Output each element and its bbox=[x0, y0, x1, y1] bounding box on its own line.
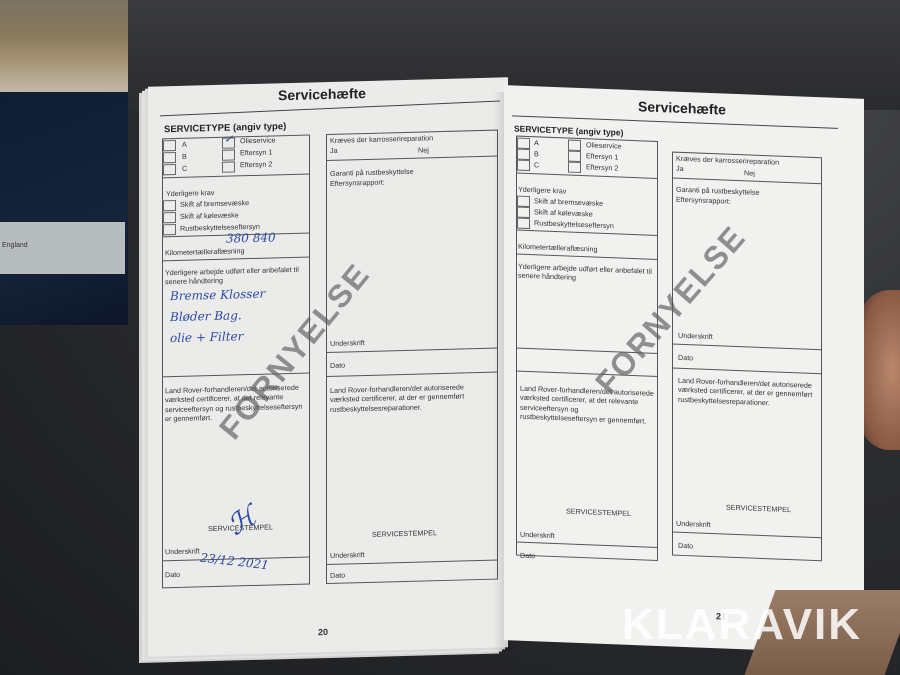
inspection-report-label: Eftersynsrapport: bbox=[330, 179, 385, 189]
checkbox-b[interactable] bbox=[163, 152, 176, 163]
page-title: Servicehæfte bbox=[638, 98, 726, 117]
signature-label: Underskrift bbox=[676, 520, 711, 530]
olieservice-label: Olieservice bbox=[240, 136, 276, 146]
service-type-c: C bbox=[534, 161, 539, 170]
page-20: Servicehæfte SERVICETYPE (angiv type) A … bbox=[148, 77, 508, 656]
checkbox-olieservice[interactable]: ✓ bbox=[222, 137, 235, 148]
extra-requirements-label: Yderligere krav bbox=[518, 186, 566, 196]
checkbox-rust-check[interactable] bbox=[517, 218, 530, 229]
eftersyn-2-label: Eftersyn 2 bbox=[240, 160, 272, 169]
odometer-value: 380 840 bbox=[226, 230, 276, 245]
checkbox-eftersyn-2[interactable] bbox=[222, 161, 235, 172]
service-booklet: Servicehæfte SERVICETYPE (angiv type) A … bbox=[128, 72, 878, 662]
body-repair-no: Nej bbox=[744, 169, 755, 178]
checkbox-eftersyn-1[interactable] bbox=[222, 149, 235, 160]
signature-label: Underskrift bbox=[520, 531, 555, 541]
checkbox-a[interactable] bbox=[517, 138, 530, 149]
service-form-right bbox=[672, 152, 822, 562]
eftersyn-2-label: Eftersyn 2 bbox=[586, 163, 618, 173]
signature-label: Underskrift bbox=[330, 339, 365, 349]
service-type-b: B bbox=[534, 150, 539, 159]
service-type-a: A bbox=[182, 141, 187, 150]
certification-text: Land Rover-forhandleren/det autoriserede… bbox=[520, 384, 654, 427]
checkbox-c[interactable] bbox=[517, 160, 530, 171]
handwritten-note-1: Bremse Klosser bbox=[170, 287, 265, 303]
checkbox-a[interactable] bbox=[163, 140, 176, 151]
checkbox-eftersyn-1[interactable] bbox=[568, 151, 581, 162]
checkbox-rust-check[interactable] bbox=[163, 224, 176, 235]
header-rule bbox=[160, 101, 500, 117]
checkbox-brake-fluid[interactable] bbox=[163, 200, 176, 211]
olieservice-label: Olieservice bbox=[586, 141, 622, 151]
date-label: Dato bbox=[678, 542, 693, 551]
cover-navy bbox=[0, 92, 128, 325]
service-form-right bbox=[326, 130, 498, 585]
handwritten-note-2: Bløder Bag. bbox=[170, 308, 242, 324]
rust-certification-text: Land Rover-forhandleren/det autoriserede… bbox=[678, 376, 818, 409]
date-label: Dato bbox=[330, 572, 345, 581]
page-number: 20 bbox=[318, 627, 328, 637]
rust-certification-text: Land Rover-forhandleren/det autoriserede… bbox=[330, 382, 492, 414]
cover-photo bbox=[0, 0, 128, 92]
extra-req-coolant: Skift af kølevæske bbox=[180, 211, 239, 221]
check-mark-icon: ✓ bbox=[224, 132, 233, 145]
extra-req-brake-fluid: Skift af bremsevæske bbox=[180, 199, 249, 209]
signature-label: Underskrift bbox=[165, 547, 200, 557]
signature-label: Underskrift bbox=[330, 551, 365, 561]
extra-requirements-label: Yderligere krav bbox=[166, 189, 214, 199]
checkbox-coolant[interactable] bbox=[517, 207, 530, 218]
service-type-b: B bbox=[182, 153, 187, 162]
checkbox-eftersyn-2[interactable] bbox=[568, 162, 581, 173]
service-stamp-label: SERVICESTEMPEL bbox=[372, 529, 437, 539]
body-repair-yes: Ja bbox=[676, 165, 684, 174]
signature-label: Underskrift bbox=[678, 332, 713, 342]
body-repair-yes: Ja bbox=[330, 147, 338, 156]
eftersyn-1-label: Eftersyn 1 bbox=[586, 152, 618, 162]
further-work-label: Yderligere arbejde udført eller anbefale… bbox=[165, 265, 305, 287]
service-type-c: C bbox=[182, 165, 187, 174]
checkbox-b[interactable] bbox=[517, 149, 530, 160]
cover-label: England bbox=[2, 242, 28, 249]
service-type-a: A bbox=[534, 139, 539, 148]
owner-manual-cover: England bbox=[0, 0, 128, 325]
checkbox-c[interactable] bbox=[163, 164, 176, 175]
date-label: Dato bbox=[165, 571, 180, 580]
checkbox-brake-fluid[interactable] bbox=[517, 196, 530, 207]
page-21: Servicehæfte SERVICETYPE (angiv type) A … bbox=[504, 85, 864, 654]
date-label: Dato bbox=[678, 354, 693, 363]
eftersyn-1-label: Eftersyn 1 bbox=[240, 148, 272, 157]
body-repair-no: Nej bbox=[418, 146, 429, 155]
date-label: Dato bbox=[330, 362, 345, 371]
cover-strip: England bbox=[0, 222, 125, 274]
date-label: Dato bbox=[520, 552, 535, 561]
klaravik-watermark: KLARAVIK bbox=[622, 600, 862, 650]
handwritten-note-3: olie + Filter bbox=[170, 329, 243, 345]
page-title: Servicehæfte bbox=[278, 85, 366, 103]
checkbox-olieservice[interactable] bbox=[568, 140, 581, 151]
checkbox-coolant[interactable] bbox=[163, 212, 176, 223]
